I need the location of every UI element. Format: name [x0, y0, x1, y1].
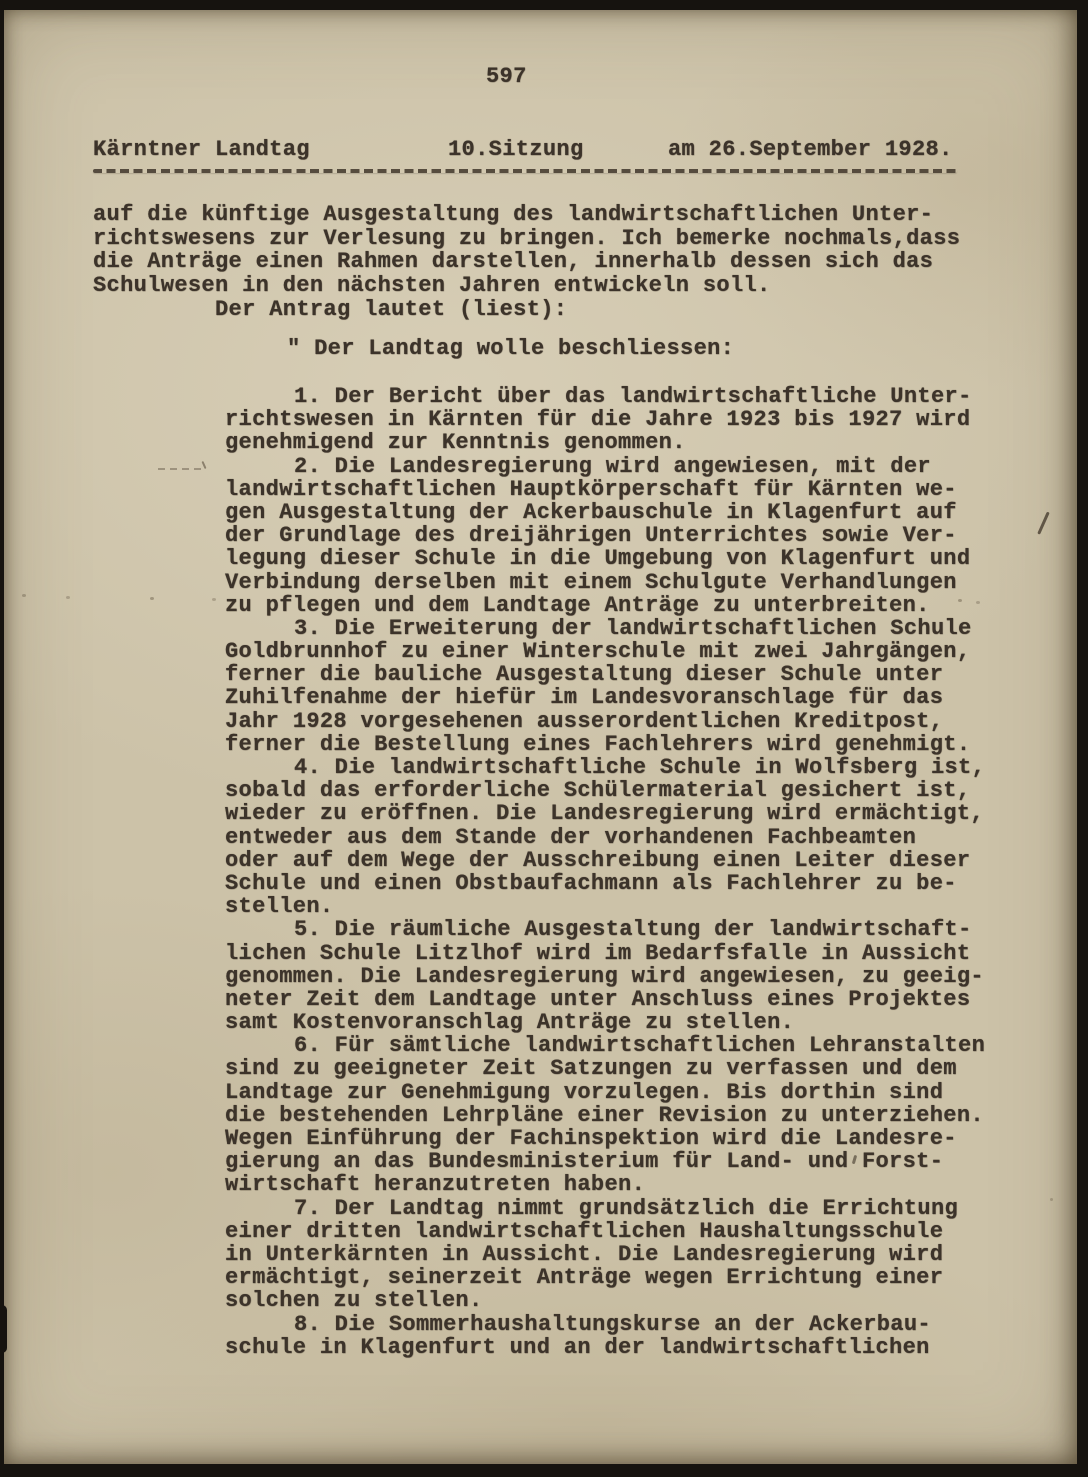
resolution-item: 6. Für sämtliche landwirtschaftlichen Le…	[225, 1034, 985, 1196]
text-line: die Anträge einen Rahmen darstellen, inn…	[93, 250, 960, 274]
intro-paragraph: auf die künftige Ausgestaltung des landw…	[93, 203, 960, 297]
resolution-item: 5. Die räumliche Ausgestaltung der landw…	[225, 918, 985, 1034]
text-line: Zuhilfenahme der hiefür im Landesvoransc…	[225, 686, 985, 709]
text-line: in Unterkärnten in Aussicht. Die Landesr…	[225, 1243, 985, 1266]
scanned-document-page: 597 Kärntner Landtag 10.Sitzung am 26.Se…	[0, 0, 1088, 1477]
scan-speck	[976, 601, 980, 604]
resolution-item: 1. Der Bericht über das landwirtschaftli…	[225, 385, 985, 455]
header-date: am 26.September 1928.	[668, 137, 953, 162]
resolution-item: 7. Der Landtag nimmt grundsätzlich die E…	[225, 1197, 985, 1313]
text-line: samt Kostenvoranschlag Anträge zu stelle…	[225, 1011, 985, 1034]
text-line: die bestehenden Lehrpläne einer Revision…	[225, 1104, 985, 1127]
text-line: sobald das erforderliche Schülermaterial…	[225, 779, 985, 802]
text-line: lichen Schule Litzlhof wird im Bedarfsfa…	[225, 942, 985, 965]
text-line: sind zu geeigneter Zeit Satzungen zu ver…	[225, 1057, 985, 1080]
scan-speck	[212, 598, 216, 601]
resolution-list: 1. Der Bericht über das landwirtschaftli…	[225, 385, 985, 1359]
text-line: schule in Klagenfurt und an der landwirt…	[225, 1336, 985, 1359]
text-line: wirtschaft heranzutreten haben.	[225, 1173, 985, 1196]
text-line: stellen.	[225, 895, 985, 918]
text-line: 3. Die Erweiterung der landwirtschaftlic…	[225, 617, 985, 640]
scan-speck	[66, 596, 70, 599]
text-line: Landtage zur Genehmigung vorzulegen. Bis…	[225, 1081, 985, 1104]
text-line: 6. Für sämtliche landwirtschaftlichen Le…	[225, 1034, 985, 1057]
text-line: landwirtschaftlichen Hauptkörperschaft f…	[225, 478, 985, 501]
text-line: Schule und einen Obstbaufachmann als Fac…	[225, 872, 985, 895]
resolution-item: 3. Die Erweiterung der landwirtschaftlic…	[225, 617, 985, 756]
scan-speck	[1050, 1198, 1053, 1201]
text-line: 2. Die Landesregierung wird angewiesen, …	[225, 455, 985, 478]
text-line: Verbindung derselben mit einem Schulgute…	[225, 571, 985, 594]
text-line: oder auf dem Wege der Ausschreibung eine…	[225, 849, 985, 872]
resolution-item: 8. Die Sommerhaushaltungskurse an der Ac…	[225, 1313, 985, 1359]
text-line: neter Zeit dem Landtage unter Anschluss …	[225, 988, 985, 1011]
text-line: entweder aus dem Stande der vorhandenen …	[225, 826, 985, 849]
text-line: 8. Die Sommerhaushaltungskurse an der Ac…	[225, 1313, 985, 1336]
text-line: gen Ausgestaltung der Ackerbauschule in …	[225, 501, 985, 524]
text-line: richtswesen in Kärnten für die Jahre 192…	[225, 408, 985, 431]
header-institution: Kärntner Landtag	[93, 137, 310, 162]
scan-edge-notch	[0, 1305, 7, 1353]
text-line: einer dritten landwirtschaftlichen Haush…	[225, 1220, 985, 1243]
text-line: wieder zu eröffnen. Die Landesregierung …	[225, 802, 985, 825]
text-line: genommen. Die Landesregierung wird angew…	[225, 965, 985, 988]
text-line: gierung an das Bundesministerium für Lan…	[225, 1150, 985, 1173]
resolution-item: 2. Die Landesregierung wird angewiesen, …	[225, 455, 985, 617]
text-line: Jahr 1928 vorgesehenen ausserordentliche…	[225, 710, 985, 733]
text-line: auf die künftige Ausgestaltung des landw…	[93, 203, 960, 227]
text-line: 7. Der Landtag nimmt grundsätzlich die E…	[225, 1197, 985, 1220]
text-line: Schulwesen in den nächsten Jahren entwic…	[93, 274, 960, 298]
text-line: ermächtigt, seinerzeit Anträge wegen Err…	[225, 1266, 985, 1289]
resolution-item: 4. Die landwirtschaftliche Schule in Wol…	[225, 756, 985, 918]
text-line: Wegen Einführung der Fachinspektion wird…	[225, 1127, 985, 1150]
scan-speck	[150, 597, 154, 600]
text-line: der Grundlage des dreijährigen Unterrich…	[225, 524, 985, 547]
text-line: ferner die Bestellung eines Fachlehrers …	[225, 733, 985, 756]
text-line: ferner die bauliche Ausgestaltung dieser…	[225, 663, 985, 686]
text-line: solchen zu stellen.	[225, 1289, 985, 1312]
quote-opening-line: " Der Landtag wolle beschliessen:	[287, 336, 734, 361]
text-line: 4. Die landwirtschaftliche Schule in Wol…	[225, 756, 985, 779]
text-line: 1. Der Bericht über das landwirtschaftli…	[225, 385, 985, 408]
scan-speck	[958, 599, 962, 602]
text-line: richtswesens zur Verlesung zu bringen. I…	[93, 227, 960, 251]
text-line: zu pflegen und dem Landtage Anträge zu u…	[225, 594, 985, 617]
page-number: 597	[486, 64, 527, 89]
text-line: Goldbrunnhof zu einer Winterschule mit z…	[225, 640, 985, 663]
pencil-dash-mark	[158, 468, 206, 470]
scan-speck	[22, 594, 26, 597]
text-line: genehmigend zur Kenntnis genommen.	[225, 431, 985, 454]
dashed-separator	[93, 169, 957, 173]
antrag-intro-line: Der Antrag lautet (liest):	[215, 297, 567, 322]
text-line: legung dieser Schule in die Umgebung von…	[225, 547, 985, 570]
text-line: 5. Die räumliche Ausgestaltung der landw…	[225, 918, 985, 941]
header-session-number: 10.Sitzung	[448, 137, 584, 162]
